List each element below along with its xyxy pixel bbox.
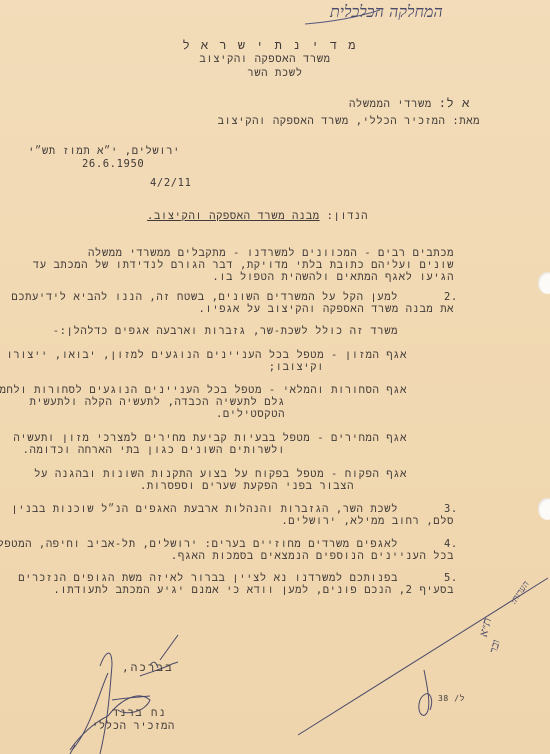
signer-title: המזכיר הכללי — [92, 720, 175, 733]
para-3-line-2: סלם, רחוב ממילא, ירושלים. — [281, 515, 454, 528]
letterhead-office: לשכת השר — [220, 67, 330, 80]
letterhead-state: מ ד י נ ת י ש ר א ל — [180, 38, 360, 53]
subject-label: הנדון: — [327, 210, 368, 222]
para-5-line-2: בסעיף 2, הנכם פונים, למען וודא כי אמנם י… — [53, 584, 454, 597]
to-line: א ל: משרדי הממשלה — [349, 96, 470, 111]
to-value: משרדי הממשלה — [349, 98, 432, 110]
para-4-number: 4. — [444, 538, 458, 550]
handwritten-top-note: המחלקה הכלכלית — [330, 2, 443, 22]
subject-value: מבנה משרד האספקה והקיצוב. — [147, 210, 320, 222]
from-line: מאת: המזכיר הכללי, משרד האספקה והקיצוב — [218, 115, 480, 128]
place-date: ירושלים, י״א תמוז תש״י — [30, 145, 180, 158]
letterhead-ministry: משרד האספקה והקיצוב — [180, 53, 350, 66]
para-2-line-2: את מבנה משרד האספקה והקיצוב על אגפיו. — [199, 303, 454, 316]
from-value: המזכיר הכללי, משרד האספקה והקיצוב — [218, 115, 446, 127]
closing-greeting: בברכה, — [122, 661, 174, 675]
para-1-line-3: הגיעו לאגף המתאים ולהשהית הטפול בו. — [212, 271, 454, 284]
gregorian-date: 26.6.1950 — [82, 158, 144, 170]
to-label: א ל: — [439, 96, 470, 110]
handwritten-strokes — [0, 0, 550, 754]
dept-food-line-2: וקיצובו; — [269, 361, 324, 374]
subject-line: הנדון: מבנה משרד האספקה והקיצוב. — [147, 210, 368, 223]
dept-goods-line-3: הטקסטילים. — [216, 408, 285, 421]
para-2-number: 2. — [444, 291, 458, 303]
dept-prices-line-2: ולשרותים השונים כגון בתי הארחה וכדומה. — [23, 444, 285, 457]
dept-food-line-1: אגף המזון - מטפל בכל העניינים הנוגעים למ… — [6, 349, 407, 362]
para-5-number: 5. — [444, 572, 458, 584]
para-4-line-2: בכל העניינים הנוספים הנמצאים בסמכות האגף… — [171, 550, 454, 563]
from-label: מאת: — [452, 115, 480, 127]
reference-number: 4/2/11 — [150, 177, 192, 189]
dept-supervision-line-2: הצבור בפני הפקעת שערים וספסרות. — [140, 480, 354, 493]
scanned-letter-page: המחלקה הכלכלית הערות: ת״א ובר ל/ 38 מ ד … — [0, 0, 550, 754]
structure-intro: משרד זה כולל לשכת-שר, גזברות וארבעה אגפי… — [53, 325, 398, 338]
file-reference: ל/ 38 — [438, 694, 465, 704]
para-3-number: 3. — [444, 503, 458, 515]
signer-name: נח ברנד — [112, 707, 167, 720]
